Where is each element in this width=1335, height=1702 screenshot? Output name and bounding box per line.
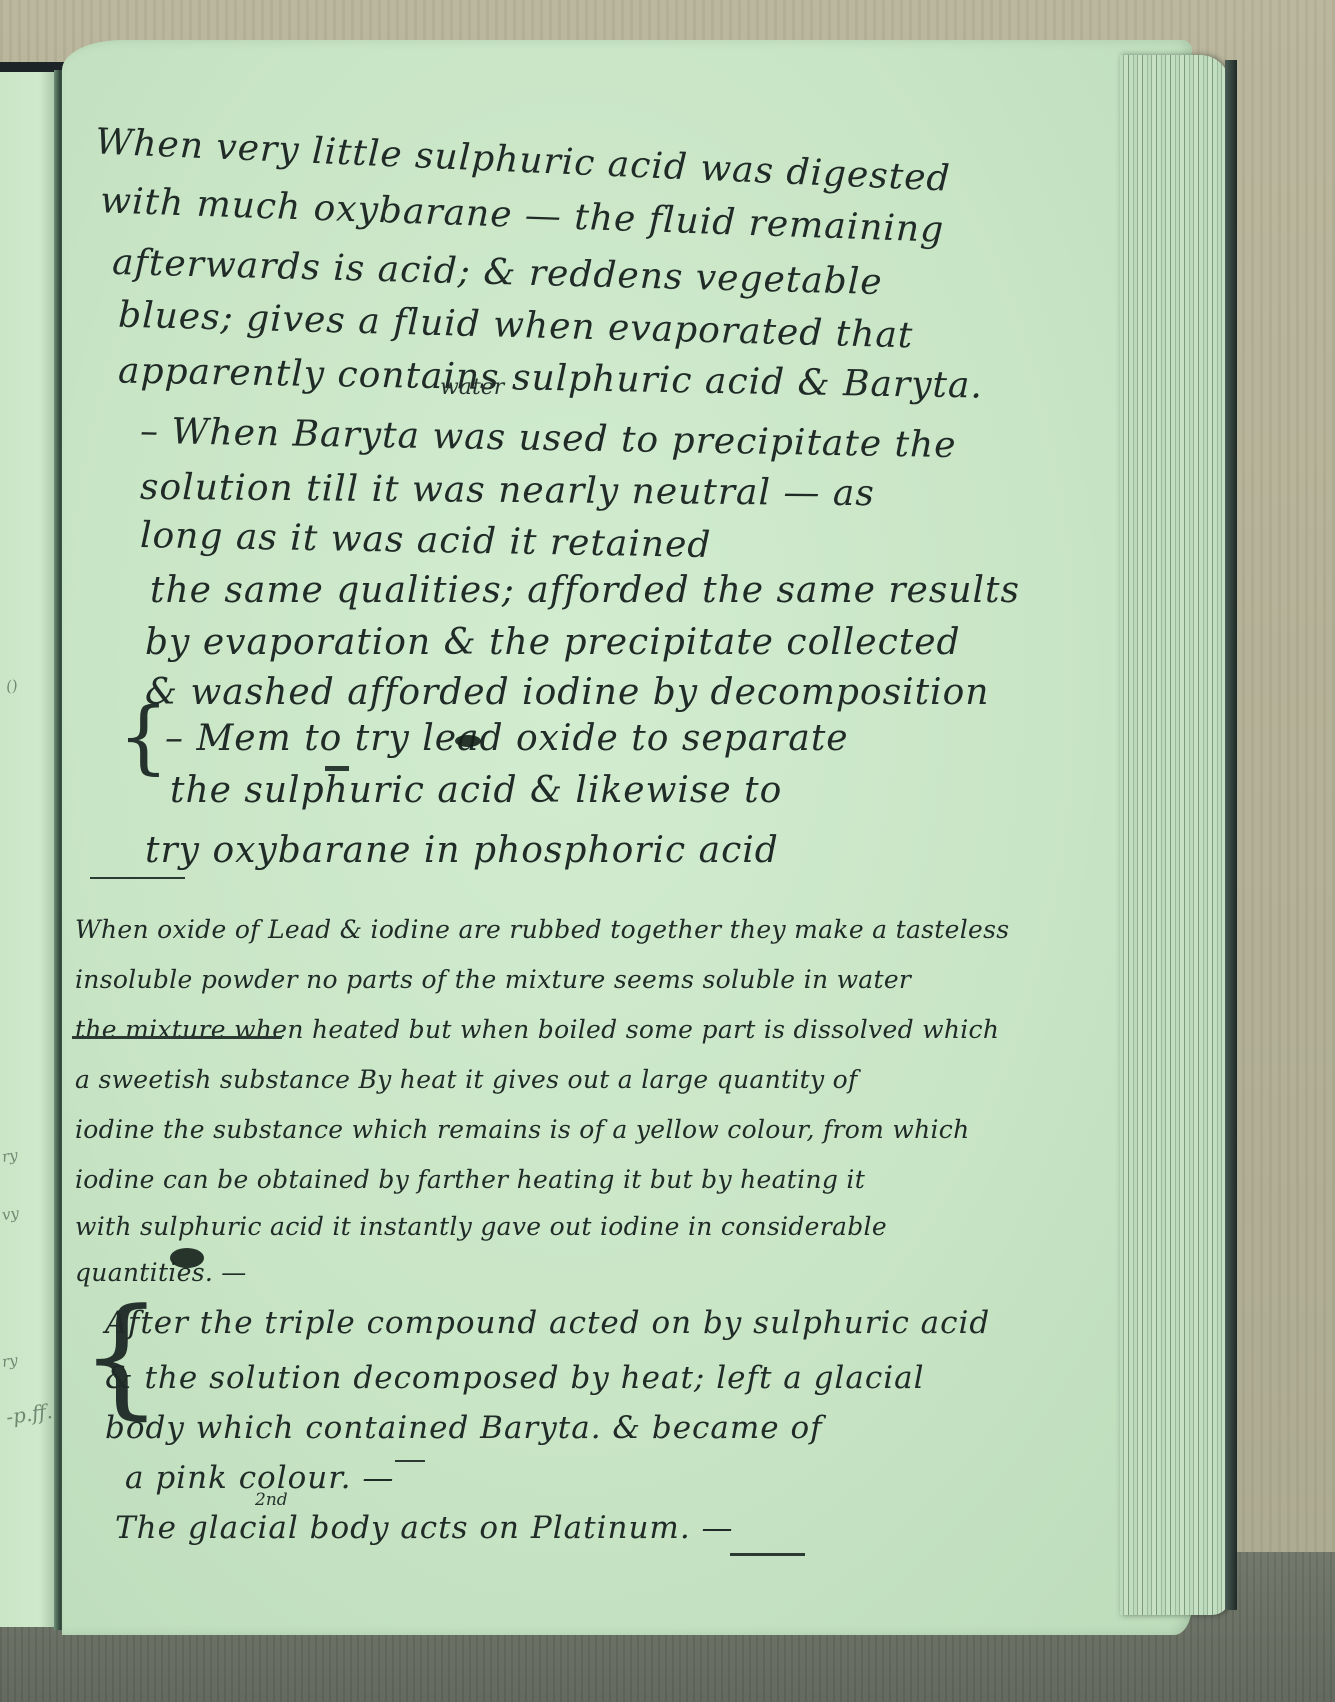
handwritten-line: & washed afforded iodine by decompositio… [145,672,989,713]
handwritten-line: After the triple compound acted on by su… [105,1305,990,1341]
dash-mark [395,1460,425,1462]
handwritten-line: with sulphuric acid it instantly gave ou… [75,1212,887,1241]
handwritten-line: the mixture when heated but when boiled … [75,1015,999,1044]
handwritten-line: try oxybarane in phosphoric acid [145,830,779,871]
book-fore-edge [1225,60,1237,1610]
handwritten-line: body which contained Baryta. & became of [105,1410,823,1446]
margin-fragment: vy [1,1204,20,1224]
left-page: () ry vy ry -p.ff. [0,72,56,1627]
handwritten-line: by evaporation & the precipitate collect… [145,622,961,663]
handwritten-line: solution till it was nearly neutral — as [140,467,875,514]
section-divider [90,877,185,879]
interlinear-insertion: water [440,375,504,400]
ink-blot [455,735,481,747]
margin-brace: { [118,690,169,783]
handwritten-line: iodine the substance which remains is of… [75,1115,970,1144]
margin-fragment: ry [1,1146,19,1166]
handwritten-line: iodine can be obtained by farther heatin… [75,1165,865,1194]
underline-mark [730,1553,805,1556]
page-edges-stack [1120,55,1230,1615]
handwritten-line: & the solution decomposed by heat; left … [105,1360,925,1396]
margin-fragment: () [5,676,19,695]
handwritten-line: – Mem to try lead oxide to separate [165,718,849,759]
handwritten-line: a sweetish substance By heat it gives ou… [75,1065,858,1094]
handwritten-line: When oxide of Lead & iodine are rubbed t… [75,915,1009,944]
strikethrough-mark [72,1036,282,1039]
handwritten-line: The glacial body acts on Platinum. — [115,1510,734,1546]
handwritten-line: insoluble powder no parts of the mixture… [75,965,911,994]
margin-fragment: ry [1,1351,19,1371]
margin-fragment: -p.ff. [5,1399,54,1429]
ink-blot [170,1248,204,1268]
handwritten-line: the sulphuric acid & likewise to [170,770,782,811]
interlinear-insertion: 2nd [255,1490,288,1510]
handwritten-line: the same qualities; afforded the same re… [150,570,1020,611]
